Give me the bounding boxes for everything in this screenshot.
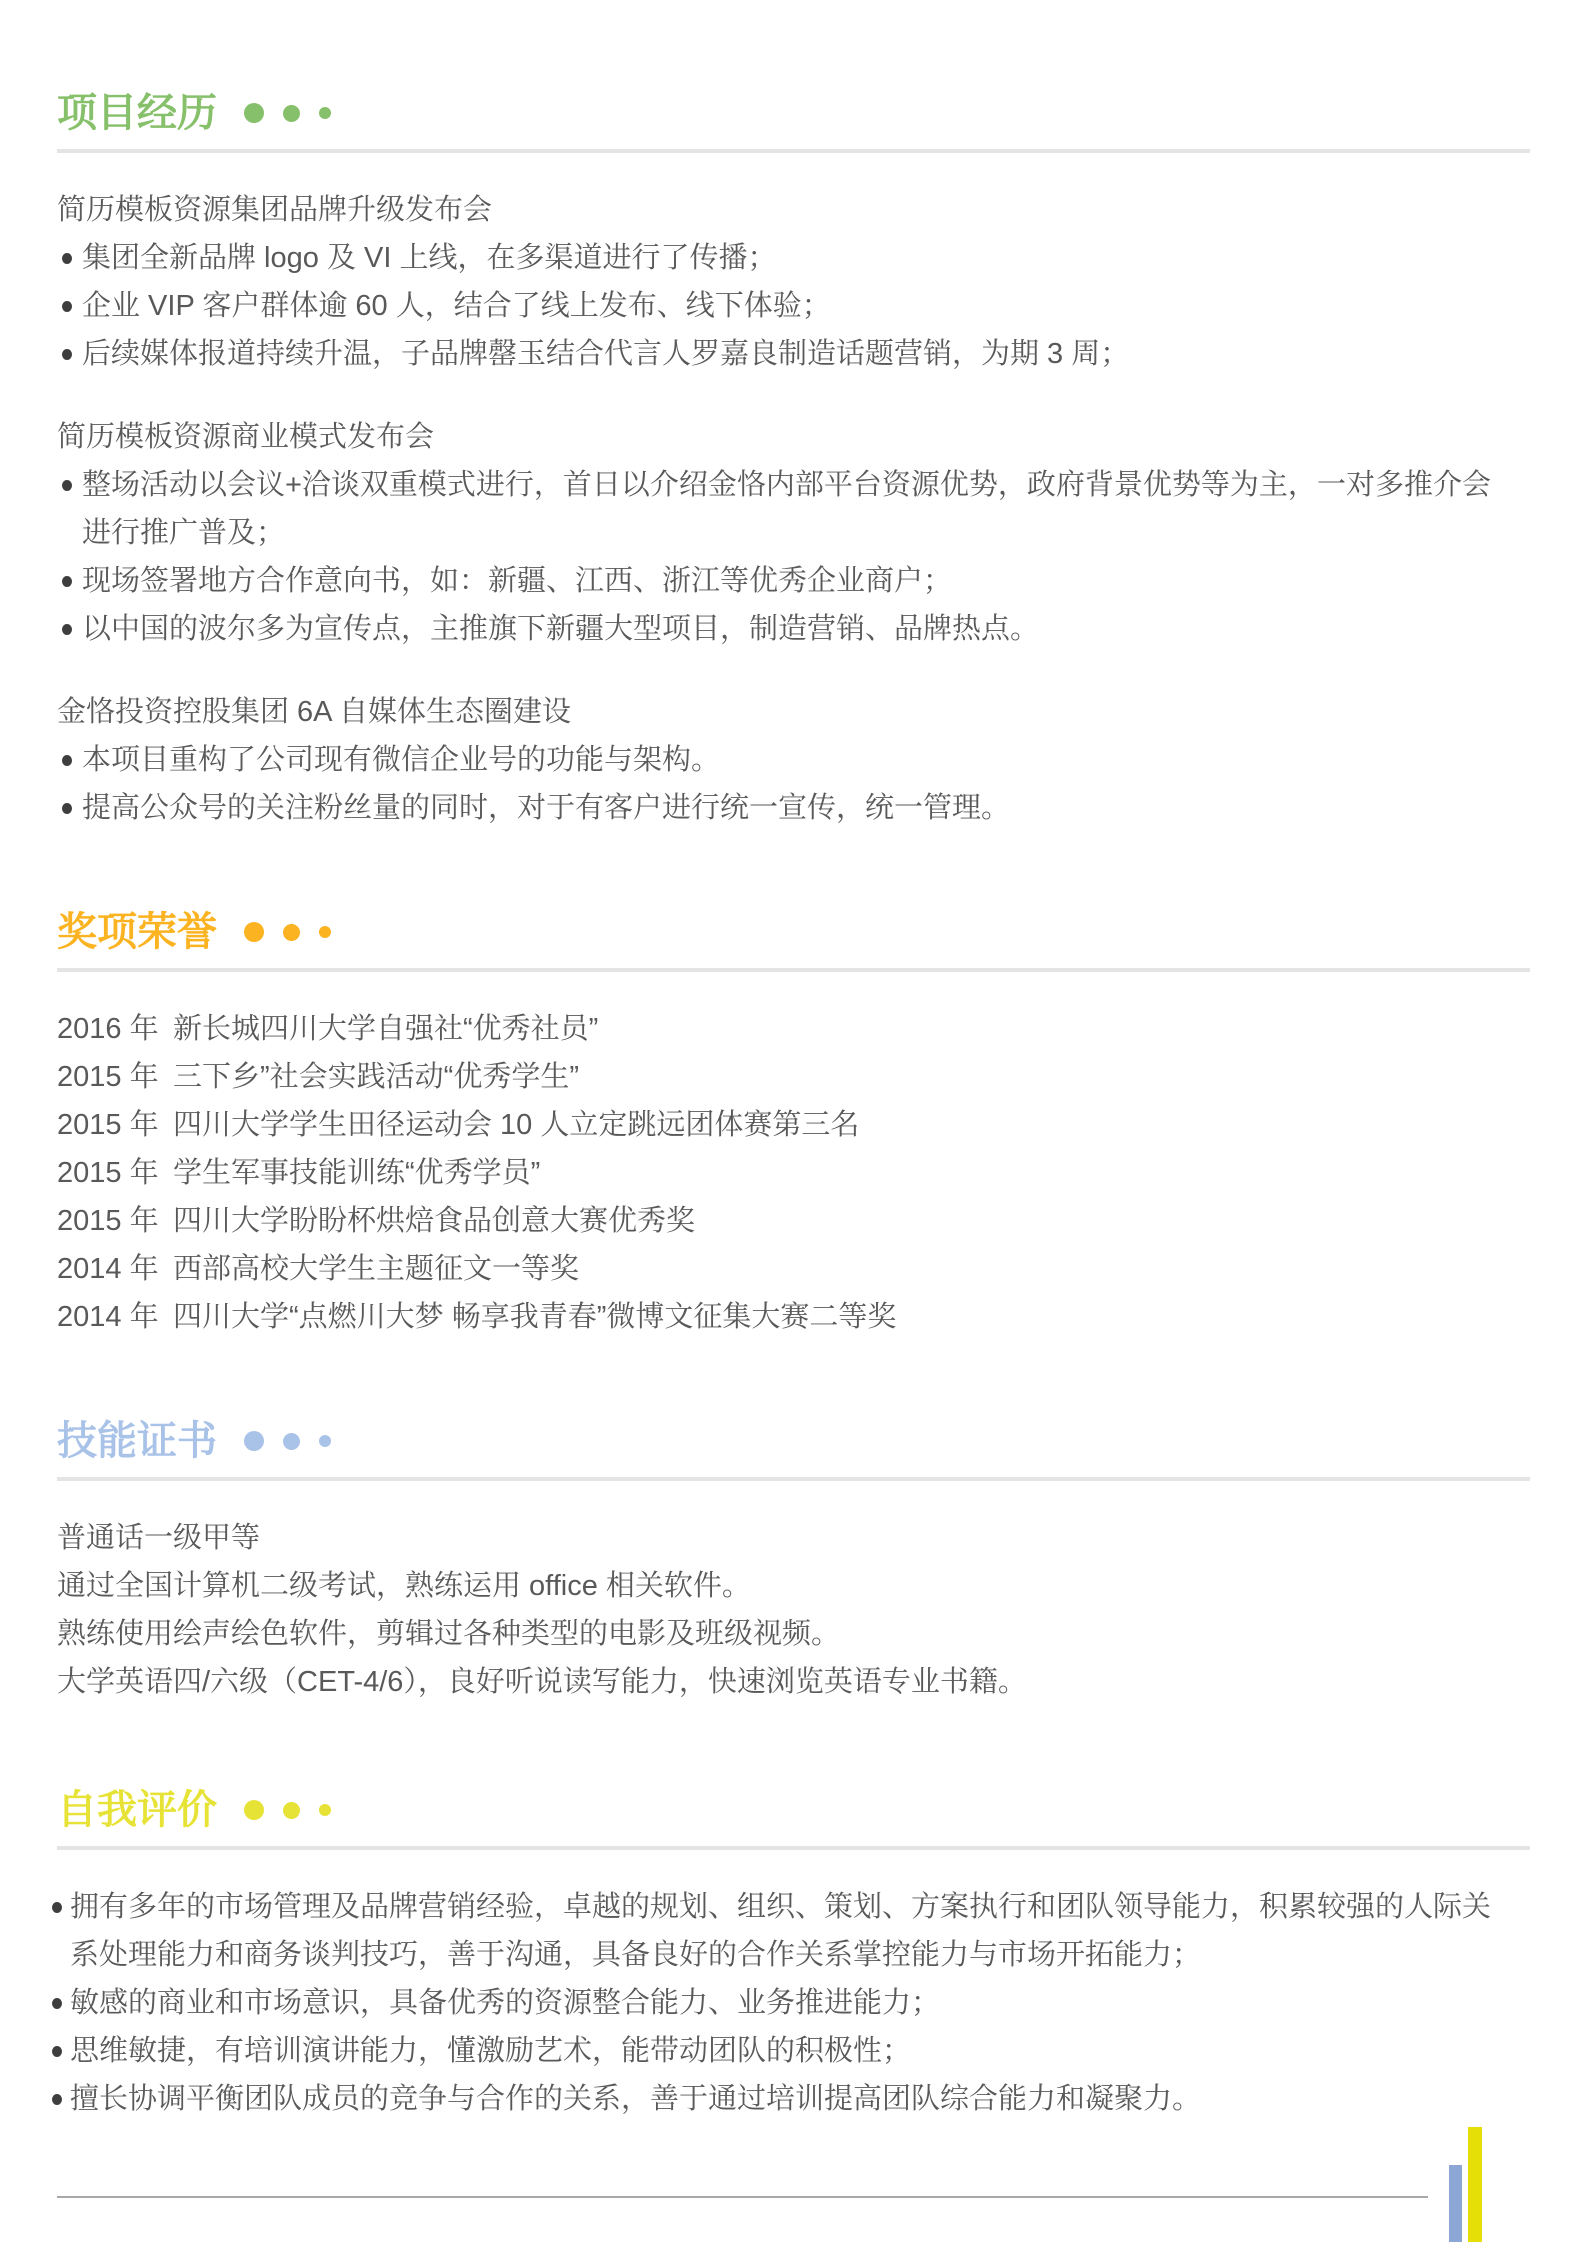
- list-item: 以中国的波尔多为宣传点，主推旗下新疆大型项目，制造营销、品牌热点。: [57, 605, 1530, 653]
- section-heading: 项目经历: [57, 89, 1530, 137]
- list-item: 本项目重构了公司现有微信企业号的功能与架构。: [57, 736, 1530, 784]
- list-item: 现场签署地方合作意向书，如：新疆、江西、浙江等优秀企业商户；: [57, 557, 1530, 605]
- award-row: 2015 年 三下乡”社会实践活动“优秀学生”: [57, 1053, 1530, 1101]
- dot-icon: [319, 107, 331, 119]
- project-block: 金恪投资控股集团 6A 自媒体生态圈建设 本项目重构了公司现有微信企业号的功能与…: [57, 688, 1530, 832]
- award-row: 2014 年 四川大学“点燃川大梦 畅享我青春”微博文征集大赛二等奖: [57, 1293, 1530, 1341]
- award-text: 四川大学学生田径运动会 10 人立定跳远团体赛第三名: [173, 1101, 859, 1149]
- list-item-line: 进行推广普及；: [82, 509, 1530, 557]
- dot-icon: [283, 105, 300, 122]
- heading-dots: [244, 1800, 331, 1820]
- award-row: 2015 年 学生军事技能训练“优秀学员”: [57, 1149, 1530, 1197]
- bullet-list: 本项目重构了公司现有微信企业号的功能与架构。 提高公众号的关注粉丝量的同时，对于…: [57, 736, 1530, 832]
- award-text: 学生军事技能训练“优秀学员”: [173, 1149, 540, 1197]
- bullet-list: 整场活动以会议+洽谈双重模式进行，首日以介绍金恪内部平台资源优势，政府背景优势等…: [57, 461, 1530, 653]
- dot-icon: [244, 1431, 264, 1451]
- skill-line: 大学英语四/六级（CET-4/6），良好听说读写能力，快速浏览英语专业书籍。: [57, 1658, 1530, 1706]
- list-item: 提高公众号的关注粉丝量的同时，对于有客户进行统一宣传，统一管理。: [57, 784, 1530, 832]
- list-item: 集团全新品牌 logo 及 VI 上线，在多渠道进行了传播；: [57, 234, 1530, 282]
- list-item: 拥有多年的市场管理及品牌营销经验，卓越的规划、组织、策划、方案执行和团队领导能力…: [57, 1883, 1530, 1979]
- project-title: 简历模板资源集团品牌升级发布会: [57, 186, 1530, 234]
- award-text: 三下乡”社会实践活动“优秀学生”: [173, 1053, 579, 1101]
- list-item-line: 整场活动以会议+洽谈双重模式进行，首日以介绍金恪内部平台资源优势，政府背景优势等…: [82, 461, 1530, 509]
- section-title: 奖项荣誉: [57, 908, 217, 956]
- footer-accent-bar-yellow: [1468, 2127, 1482, 2242]
- heading-dots: [244, 922, 331, 942]
- list-item: 擅长协调平衡团队成员的竞争与合作的关系，善于通过培训提高团队综合能力和凝聚力。: [57, 2075, 1530, 2123]
- section-awards: 奖项荣誉 2016 年 新长城四川大学自强社“优秀社员” 2015 年 三下乡”…: [57, 908, 1530, 1341]
- project-block: 简历模板资源商业模式发布会 整场活动以会议+洽谈双重模式进行，首日以介绍金恪内部…: [57, 413, 1530, 653]
- section-body: 拥有多年的市场管理及品牌营销经验，卓越的规划、组织、策划、方案执行和团队领导能力…: [57, 1883, 1530, 2123]
- section-divider: [57, 968, 1530, 972]
- dot-icon: [283, 924, 300, 941]
- list-item: 后续媒体报道持续升温，子品牌罄玉结合代言人罗嘉良制造话题营销，为期 3 周；: [57, 330, 1530, 378]
- resume-content: 项目经历 简历模板资源集团品牌升级发布会 集团全新品牌 logo 及 VI 上线…: [0, 0, 1587, 2123]
- section-divider: [57, 149, 1530, 153]
- award-row: 2014 年 西部高校大学生主题征文一等奖: [57, 1245, 1530, 1293]
- list-item: 整场活动以会议+洽谈双重模式进行，首日以介绍金恪内部平台资源优势，政府背景优势等…: [57, 461, 1530, 557]
- section-self-evaluation: 自我评价 拥有多年的市场管理及品牌营销经验，卓越的规划、组织、策划、方案执行和团…: [57, 1786, 1530, 2123]
- dot-icon: [244, 922, 264, 942]
- section-body: 普通话一级甲等 通过全国计算机二级考试，熟练运用 office 相关软件。 熟练…: [57, 1514, 1530, 1706]
- section-divider: [57, 1477, 1530, 1481]
- award-text: 四川大学盼盼杯烘焙食品创意大赛优秀奖: [173, 1197, 695, 1245]
- resume-page: 项目经历 简历模板资源集团品牌升级发布会 集团全新品牌 logo 及 VI 上线…: [0, 0, 1587, 2245]
- section-body: 简历模板资源集团品牌升级发布会 集团全新品牌 logo 及 VI 上线，在多渠道…: [57, 186, 1530, 832]
- list-item-line: 拥有多年的市场管理及品牌营销经验，卓越的规划、组织、策划、方案执行和团队领导能力…: [70, 1883, 1530, 1931]
- project-title: 简历模板资源商业模式发布会: [57, 413, 1530, 461]
- project-title: 金恪投资控股集团 6A 自媒体生态圈建设: [57, 688, 1530, 736]
- award-year: 2016 年: [57, 1005, 159, 1053]
- dot-icon: [244, 103, 264, 123]
- section-title: 自我评价: [57, 1786, 217, 1834]
- project-block: 简历模板资源集团品牌升级发布会 集团全新品牌 logo 及 VI 上线，在多渠道…: [57, 186, 1530, 378]
- section-skills: 技能证书 普通话一级甲等 通过全国计算机二级考试，熟练运用 office 相关软…: [57, 1417, 1530, 1706]
- footer-accent-bar-blue: [1449, 2165, 1462, 2242]
- heading-dots: [244, 103, 331, 123]
- section-title: 技能证书: [57, 1417, 217, 1465]
- award-year: 2015 年: [57, 1053, 159, 1101]
- bullet-list: 集团全新品牌 logo 及 VI 上线，在多渠道进行了传播； 企业 VIP 客户…: [57, 234, 1530, 378]
- award-year: 2015 年: [57, 1101, 159, 1149]
- section-body: 2016 年 新长城四川大学自强社“优秀社员” 2015 年 三下乡”社会实践活…: [57, 1005, 1530, 1341]
- award-row: 2016 年 新长城四川大学自强社“优秀社员”: [57, 1005, 1530, 1053]
- dot-icon: [244, 1800, 264, 1820]
- award-text: 新长城四川大学自强社“优秀社员”: [173, 1005, 598, 1053]
- dot-icon: [319, 1804, 331, 1816]
- dot-icon: [283, 1802, 300, 1819]
- award-year: 2015 年: [57, 1197, 159, 1245]
- section-project-experience: 项目经历 简历模板资源集团品牌升级发布会 集团全新品牌 logo 及 VI 上线…: [57, 89, 1530, 832]
- award-row: 2015 年 四川大学盼盼杯烘焙食品创意大赛优秀奖: [57, 1197, 1530, 1245]
- award-row: 2015 年 四川大学学生田径运动会 10 人立定跳远团体赛第三名: [57, 1101, 1530, 1149]
- section-divider: [57, 1846, 1530, 1850]
- award-year: 2014 年: [57, 1245, 159, 1293]
- skill-line: 普通话一级甲等: [57, 1514, 1530, 1562]
- bullet-list: 拥有多年的市场管理及品牌营销经验，卓越的规划、组织、策划、方案执行和团队领导能力…: [57, 1883, 1530, 2123]
- list-item: 敏感的商业和市场意识，具备优秀的资源整合能力、业务推进能力；: [57, 1979, 1530, 2027]
- award-text: 西部高校大学生主题征文一等奖: [173, 1245, 579, 1293]
- dot-icon: [319, 926, 331, 938]
- dot-icon: [319, 1435, 331, 1447]
- list-item-line: 系处理能力和商务谈判技巧，善于沟通，具备良好的合作关系掌控能力与市场开拓能力；: [70, 1931, 1530, 1979]
- skill-line: 通过全国计算机二级考试，熟练运用 office 相关软件。: [57, 1562, 1530, 1610]
- section-heading: 技能证书: [57, 1417, 1530, 1465]
- award-text: 四川大学“点燃川大梦 畅享我青春”微博文征集大赛二等奖: [173, 1293, 896, 1341]
- award-year: 2015 年: [57, 1149, 159, 1197]
- section-title: 项目经历: [57, 89, 217, 137]
- heading-dots: [244, 1431, 331, 1451]
- dot-icon: [283, 1433, 300, 1450]
- award-year: 2014 年: [57, 1293, 159, 1341]
- section-heading: 奖项荣誉: [57, 908, 1530, 956]
- skill-line: 熟练使用绘声绘色软件，剪辑过各种类型的电影及班级视频。: [57, 1610, 1530, 1658]
- list-item: 思维敏捷，有培训演讲能力，懂激励艺术，能带动团队的积极性；: [57, 2027, 1530, 2075]
- list-item: 企业 VIP 客户群体逾 60 人，结合了线上发布、线下体验；: [57, 282, 1530, 330]
- footer-rule: [57, 2196, 1428, 2198]
- section-heading: 自我评价: [57, 1786, 1530, 1834]
